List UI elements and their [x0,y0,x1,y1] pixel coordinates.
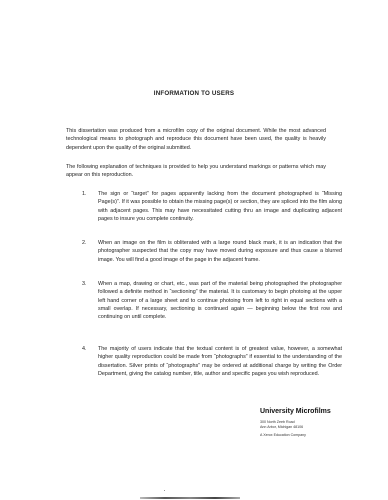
publisher-name: University Microfilms [260,408,331,415]
scan-edge-shadow [140,497,240,499]
list-item: 1. The sign or “target” for pages appare… [82,190,342,223]
list-item: 3. When a map, drawing or chart, etc., w… [82,280,342,321]
list-item-number: 2. [82,239,87,247]
list-item-text: The sign or “target” for pages apparentl… [98,191,342,222]
list-item-number: 4. [82,345,87,353]
list-item-text: When a map, drawing or chart, etc., was … [98,281,342,320]
list-item: 2. When an image on the film is oblitera… [82,239,342,264]
list-item-text: The majority of users indicate that the … [98,346,342,377]
list-item-number: 3. [82,280,87,288]
list-item-text: When an image on the film is obliterated… [98,240,342,263]
publisher-address-line2: Ann Arbor, Michigan 48106 [260,425,303,430]
scan-speck [164,490,165,491]
publisher-tagline: A Xerox Education Company [260,433,306,438]
list-item: 4. The majority of users indicate that t… [82,345,342,378]
intro-paragraph: This dissertation was produced from a mi… [66,127,326,152]
list-item-number: 1. [82,190,87,198]
explanation-paragraph: The following explanation of techniques … [66,163,326,180]
page-title: INFORMATION TO USERS [0,90,388,97]
